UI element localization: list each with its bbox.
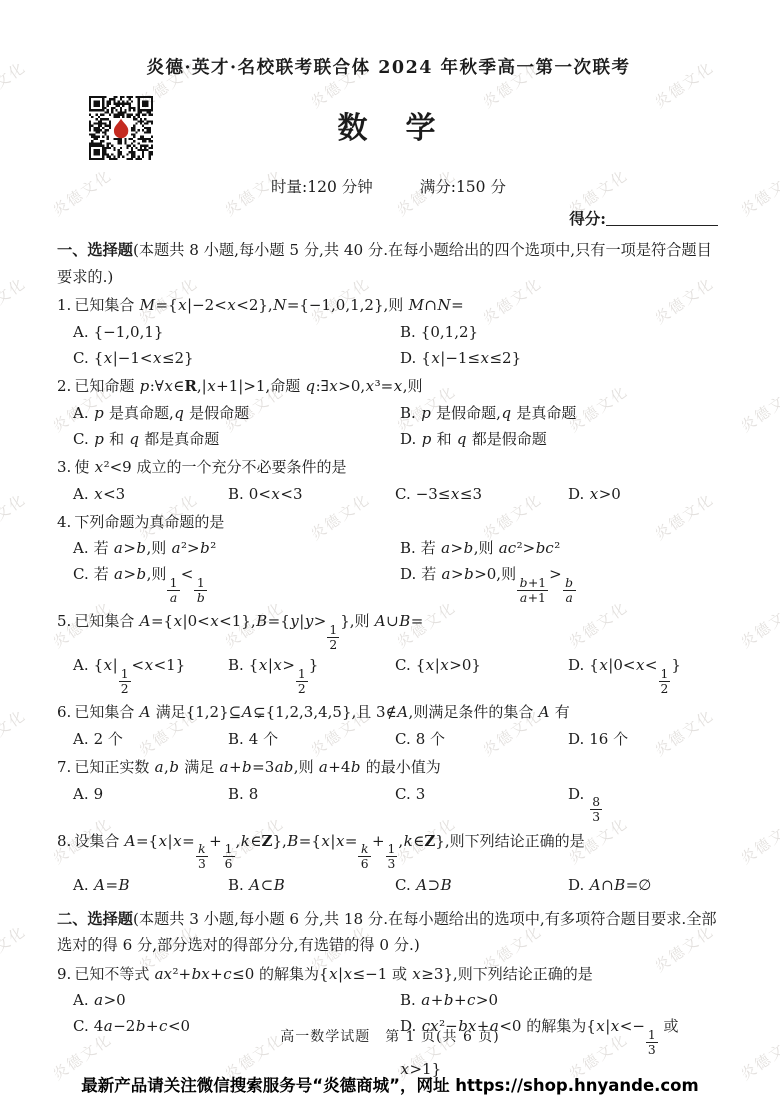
question: 8.设集合 A={x|x=k3+16,k∈Z},B={x|x=k6+13,k∈Z… (57, 829, 720, 898)
option-text: A=B (94, 876, 130, 894)
option: B.a+b+c>0 (400, 987, 720, 1013)
option-label: B. (400, 323, 416, 341)
question-stem: 已知不等式 ax²+bx+c≤0 的解集为{x|x≤−1 或 x≥3},则下列结… (74, 965, 592, 983)
option-text: 16 个 (589, 730, 628, 748)
option-label: A. (73, 404, 89, 422)
exam-meta: 时量:120 分钟 满分:150 分 (57, 175, 720, 197)
option-label: B. (228, 656, 244, 674)
question-stem-row: 3.使 x²<9 成立的一个充分不必要条件的是 (57, 455, 720, 481)
option-label: C. (395, 656, 411, 674)
options-row: A.A=BB.A⊂BC.A⊃BD.A∩B=∅ (73, 872, 720, 898)
option-text: p 是假命题,q 是真命题 (421, 404, 577, 422)
option-text: {−1,0,1} (94, 323, 164, 341)
question-stem: 已知集合 M={x|−2<x<2},N={−1,0,1,2},则 M∩N= (74, 296, 463, 314)
questions-container: 一、选择题(本题共 8 小题,每小题 5 分,共 40 分.在每小题给出的四个选… (57, 237, 720, 1082)
option-label: A. (73, 656, 89, 674)
option: C.{x|x>0} (395, 652, 568, 697)
question-stem-row: 5.已知集合 A={x|0<x<1},B={y|y>12},则 A∪B= (57, 609, 720, 652)
option-label: C. (395, 785, 411, 803)
option-text: 若 a>b,则 a²>b² (94, 539, 217, 557)
option-text: 若 a>b,则1a<1b (94, 565, 209, 583)
option: B.8 (228, 781, 395, 826)
option-text: {x|12<x<1} (94, 656, 186, 674)
question: 5.已知集合 A={x|0<x<1},B={y|y>12},则 A∪B=A.{x… (57, 609, 720, 697)
option-text: a>0 (94, 991, 126, 1009)
option: C.若 a>b,则1a<1b (73, 561, 400, 606)
option: A.2 个 (73, 726, 228, 752)
option-text: 4 个 (249, 730, 278, 748)
option-text: 9 (94, 785, 104, 803)
option-label: B. (228, 876, 244, 894)
option-label: A. (73, 785, 89, 803)
question-number: 6. (57, 703, 71, 721)
option: B.{x|x>12} (228, 652, 395, 697)
option-text: 83 (589, 785, 603, 803)
option-text: A⊃B (416, 876, 452, 894)
section-header: 二、选择题(本题共 3 小题,每小题 6 分,共 18 分.在每小题给出的选项中… (57, 906, 720, 959)
options-row: A.9B.8C.3D.83 (73, 781, 720, 826)
fraction: 12 (119, 667, 131, 696)
option-text: p 和 q 都是真命题 (94, 430, 220, 448)
option-text: {0,1,2} (421, 323, 478, 341)
option-text: {x|x>12} (249, 656, 319, 674)
option-label: A. (73, 323, 89, 341)
option: B.4 个 (228, 726, 395, 752)
option-text: 若 a>b,则 ac²>bc² (421, 539, 560, 557)
options-row: A.2 个B.4 个C.8 个D.16 个 (73, 726, 720, 752)
option-label: D. (400, 430, 416, 448)
option-label: B. (228, 485, 244, 503)
section-title: 一、选择题 (57, 241, 133, 259)
options-row: A.{x|12<x<1}B.{x|x>12}C.{x|x>0}D.{x|0<x<… (73, 652, 720, 697)
question-stem-row: 4.下列命题为真命题的是 (57, 510, 720, 536)
option-text: 8 个 (416, 730, 445, 748)
option: D.16 个 (568, 726, 720, 752)
option: C.{x|−1<x≤2} (73, 345, 400, 371)
option-text: 3 (416, 785, 426, 803)
fraction: b+1a+1 (517, 576, 548, 605)
options-row: A.若 a>b,则 a²>b²B.若 a>b,则 ac²>bc²C.若 a>b,… (73, 535, 720, 606)
fraction: ba (563, 576, 576, 605)
question: 4.下列命题为真命题的是A.若 a>b,则 a²>b²B.若 a>b,则 ac²… (57, 510, 720, 607)
exam-title: 炎德·英才·名校联考联合体 2024 年秋季高一第一次联考 (57, 54, 720, 79)
option: A.若 a>b,则 a²>b² (73, 535, 400, 561)
option: C.−3≤x≤3 (395, 481, 568, 507)
option-label: B. (400, 404, 416, 422)
option-label: A. (73, 539, 89, 557)
section-desc: (本题共 3 小题,每小题 6 分,共 18 分.在每小题给出的选项中,有多项符… (57, 910, 717, 955)
option-label: D. (400, 349, 416, 367)
option: A.a>0 (73, 987, 400, 1013)
question-number: 3. (57, 458, 71, 476)
option: A.9 (73, 781, 228, 826)
options-row: A.{−1,0,1}B.{0,1,2}C.{x|−1<x≤2}D.{x|−1≤x… (73, 319, 720, 371)
option-label: A. (73, 991, 89, 1009)
option: B.{0,1,2} (400, 319, 720, 345)
section-desc: (本题共 8 小题,每小题 5 分,共 40 分.在每小题给出的四个选项中,只有… (57, 241, 712, 286)
option-label: C. (395, 730, 411, 748)
option-label: C. (395, 485, 411, 503)
option: C.8 个 (395, 726, 568, 752)
option-label: C. (73, 565, 89, 583)
question-stem: 已知集合 A 满足{1,2}⊆A⊊{1,2,3,4,5},且 3∉A,则满足条件… (74, 703, 569, 721)
question: 7.已知正实数 a,b 满足 a+b=3ab,则 a+4b 的最小值为A.9B.… (57, 755, 720, 826)
score-blank-field (606, 210, 718, 227)
question-number: 4. (57, 513, 71, 531)
option: A.A=B (73, 872, 228, 898)
option: B.0<x<3 (228, 481, 395, 507)
option: B.A⊂B (228, 872, 395, 898)
option-label: D. (568, 730, 584, 748)
section-title: 二、选择题 (57, 910, 133, 928)
fraction: 12 (327, 623, 339, 652)
question-stem: 已知命题 p:∀x∈R,|x+1|>1,命题 q:∃x>0,x³=x,则 (74, 377, 422, 395)
option: D.x>0 (568, 481, 720, 507)
question: 1.已知集合 M={x|−2<x<2},N={−1,0,1,2},则 M∩N=A… (57, 293, 720, 371)
option: A.x<3 (73, 481, 228, 507)
question-number: 9. (57, 965, 71, 983)
option-text: A∩B=∅ (589, 876, 651, 894)
option-label: B. (228, 785, 244, 803)
option-label: C. (73, 430, 89, 448)
option-text: 8 (249, 785, 259, 803)
fraction: 12 (296, 667, 308, 696)
option-label: D. (568, 876, 584, 894)
option-text: 0<x<3 (249, 485, 303, 503)
option-text: p 是真命题,q 是假命题 (94, 404, 250, 422)
option: C.3 (395, 781, 568, 826)
option-label: D. (400, 565, 416, 583)
score-line: 得分: (57, 207, 720, 229)
total-score-label: 满分:150 分 (420, 178, 506, 196)
question-stem: 使 x²<9 成立的一个充分不必要条件的是 (74, 458, 346, 476)
question-stem: 已知集合 A={x|0<x<1},B={y|y>12},则 A∪B= (74, 612, 423, 630)
question: 3.使 x²<9 成立的一个充分不必要条件的是A.x<3B.0<x<3C.−3≤… (57, 455, 720, 507)
duration-label: 时量:120 分钟 (271, 178, 373, 196)
option: D.{x|−1≤x≤2} (400, 345, 720, 371)
option: C.p 和 q 都是真命题 (73, 426, 400, 452)
option: C.A⊃B (395, 872, 568, 898)
question-stem: 已知正实数 a,b 满足 a+b=3ab,则 a+4b 的最小值为 (74, 758, 441, 776)
fraction: 13 (386, 842, 398, 871)
option: D.83 (568, 781, 720, 826)
subject-title: 数 学 (57, 103, 720, 147)
question-stem-row: 1.已知集合 M={x|−2<x<2},N={−1,0,1,2},则 M∩N= (57, 293, 720, 319)
option-text: −3≤x≤3 (416, 485, 482, 503)
option: D.A∩B=∅ (568, 872, 720, 898)
option-label: B. (400, 991, 416, 1009)
option-label: D. (568, 485, 584, 503)
option-text: {x|0<x<12} (589, 656, 681, 674)
question-number: 7. (57, 758, 71, 776)
question-stem-row: 2.已知命题 p:∀x∈R,|x+1|>1,命题 q:∃x>0,x³=x,则 (57, 374, 720, 400)
fraction: 16 (223, 842, 235, 871)
question-stem: 设集合 A={x|x=k3+16,k∈Z},B={x|x=k6+13,k∈Z},… (74, 832, 584, 850)
fraction: k6 (358, 842, 370, 871)
question: 2.已知命题 p:∀x∈R,|x+1|>1,命题 q:∃x>0,x³=x,则A.… (57, 374, 720, 452)
question: 9.已知不等式 ax²+bx+c≤0 的解集为{x|x≤−1 或 x≥3},则下… (57, 962, 720, 1083)
option-label: D. (568, 656, 584, 674)
option-text: x<3 (94, 485, 126, 503)
question-stem-row: 8.设集合 A={x|x=k3+16,k∈Z},B={x|x=k6+13,k∈Z… (57, 829, 720, 872)
option-label: A. (73, 730, 89, 748)
option-label: B. (400, 539, 416, 557)
option-label: D. (568, 785, 584, 803)
option-text: A⊂B (249, 876, 285, 894)
options-row: A.x<3B.0<x<3C.−3≤x≤3D.x>0 (73, 481, 720, 507)
question-number: 2. (57, 377, 71, 395)
page-footer: 高一数学试题 第 1 页(共 6 页) (0, 1026, 780, 1046)
option: A.{x|12<x<1} (73, 652, 228, 697)
option: D.{x|0<x<12} (568, 652, 720, 697)
option-text: a+b+c>0 (421, 991, 498, 1009)
score-field-label: 得分: (569, 209, 606, 228)
fraction: 1a (167, 576, 179, 605)
option-text: {x|−1<x≤2} (94, 349, 194, 367)
option-label: C. (73, 349, 89, 367)
option: B.p 是假命题,q 是真命题 (400, 400, 720, 426)
question-stem-row: 7.已知正实数 a,b 满足 a+b=3ab,则 a+4b 的最小值为 (57, 755, 720, 781)
option-text: {x|−1≤x≤2} (421, 349, 521, 367)
option-text: 2 个 (94, 730, 123, 748)
option-text: 若 a>b>0,则b+1a+1>ba (421, 565, 576, 583)
question: 6.已知集合 A 满足{1,2}⊆A⊊{1,2,3,4,5},且 3∉A,则满足… (57, 700, 720, 752)
option-text: {x|x>0} (416, 656, 481, 674)
bottom-notice: 最新产品请关注微信搜索服务号“炎德商城”，网址 https://shop.hny… (0, 1072, 780, 1096)
option: A.{−1,0,1} (73, 319, 400, 345)
question-number: 5. (57, 612, 71, 630)
section-header: 一、选择题(本题共 8 小题,每小题 5 分,共 40 分.在每小题给出的四个选… (57, 237, 720, 290)
page-content: 炎德·英才·名校联考联合体 2024 年秋季高一第一次联考 数 学 时量:120… (0, 0, 780, 1082)
question-stem: 下列命题为真命题的是 (74, 513, 224, 531)
fraction: k3 (196, 842, 208, 871)
option-label: A. (73, 485, 89, 503)
option: D.若 a>b>0,则b+1a+1>ba (400, 561, 720, 606)
option-label: A. (73, 876, 89, 894)
question-stem-row: 9.已知不等式 ax²+bx+c≤0 的解集为{x|x≤−1 或 x≥3},则下… (57, 962, 720, 988)
option-label: C. (395, 876, 411, 894)
option: B.若 a>b,则 ac²>bc² (400, 535, 720, 561)
option-label: B. (228, 730, 244, 748)
fraction: 12 (659, 667, 671, 696)
question-number: 8. (57, 832, 71, 850)
options-row: A.p 是真命题,q 是假命题B.p 是假命题,q 是真命题C.p 和 q 都是… (73, 400, 720, 452)
option-text: p 和 q 都是假命题 (421, 430, 547, 448)
question-stem-row: 6.已知集合 A 满足{1,2}⊆A⊊{1,2,3,4,5},且 3∉A,则满足… (57, 700, 720, 726)
fraction: 1b (194, 576, 207, 605)
option: D.p 和 q 都是假命题 (400, 426, 720, 452)
exam-page: 炎德文化炎德文化炎德文化炎德文化炎德文化炎德文化炎德文化炎德文化炎德文化炎德文化… (0, 0, 780, 1104)
fraction: 83 (590, 795, 602, 824)
option: A.p 是真命题,q 是假命题 (73, 400, 400, 426)
option-text: x>0 (589, 485, 621, 503)
question-number: 1. (57, 296, 71, 314)
